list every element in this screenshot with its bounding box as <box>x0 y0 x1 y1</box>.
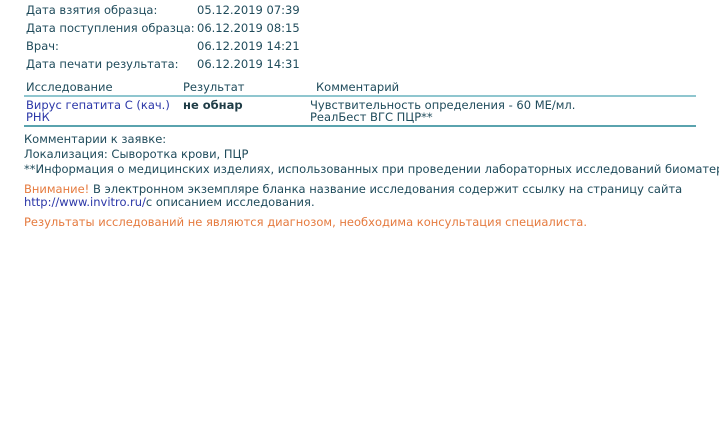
warning-label: Внимание! <box>24 182 89 196</box>
sample-taken-value: 05.12.2019 07:39 <box>197 1 300 19</box>
invitro-link[interactable]: http://www.invitro.ru/ <box>24 195 146 209</box>
print-date-value: 06.12.2019 14:31 <box>197 55 300 73</box>
warning-text: В электронном экземпляре бланка название… <box>89 182 682 196</box>
doctor-value: 06.12.2019 14:21 <box>197 37 300 55</box>
disclaimer-text: Результаты исследований не являются диаг… <box>24 215 719 230</box>
sample-received-value: 06.12.2019 08:15 <box>197 19 300 37</box>
sample-taken-label: Дата взятия образца: <box>26 1 157 19</box>
header-comment: Комментарий <box>316 79 399 95</box>
notes-heading: Комментарии к заявке: <box>24 132 719 147</box>
test-name-link[interactable]: Вирус гепатита С (кач.) РНК <box>26 99 170 123</box>
header-result: Результат <box>183 79 245 95</box>
doctor-label: Врач: <box>26 37 59 55</box>
header-test: Исследование <box>26 79 113 95</box>
table-header: Исследование Результат Комментарий <box>24 79 696 97</box>
order-notes: Комментарии к заявке: Локализация: Сывор… <box>24 132 719 230</box>
device-info-text: **Информация о медицинских изделиях, исп… <box>24 162 719 177</box>
localization-text: Локализация: Сыворотка крови, ПЦР <box>24 147 719 162</box>
link-line: http://www.invitro.ru/с описанием исслед… <box>24 196 719 209</box>
comment-line2: РеалБест ВГС ПЦР** <box>310 111 575 123</box>
results-table: Исследование Результат Комментарий Вирус… <box>24 79 696 127</box>
sample-received-label: Дата поступления образца: <box>26 19 195 37</box>
link-suffix: с описанием исследования. <box>146 195 315 209</box>
table-row: Вирус гепатита С (кач.) РНК не обнар Чув… <box>24 97 696 127</box>
test-comment: Чувствительность определения - 60 МЕ/мл.… <box>310 99 575 123</box>
test-name-line2[interactable]: РНК <box>26 111 170 123</box>
test-result: не обнар <box>183 99 243 111</box>
print-date-label: Дата печати результата: <box>26 55 179 73</box>
